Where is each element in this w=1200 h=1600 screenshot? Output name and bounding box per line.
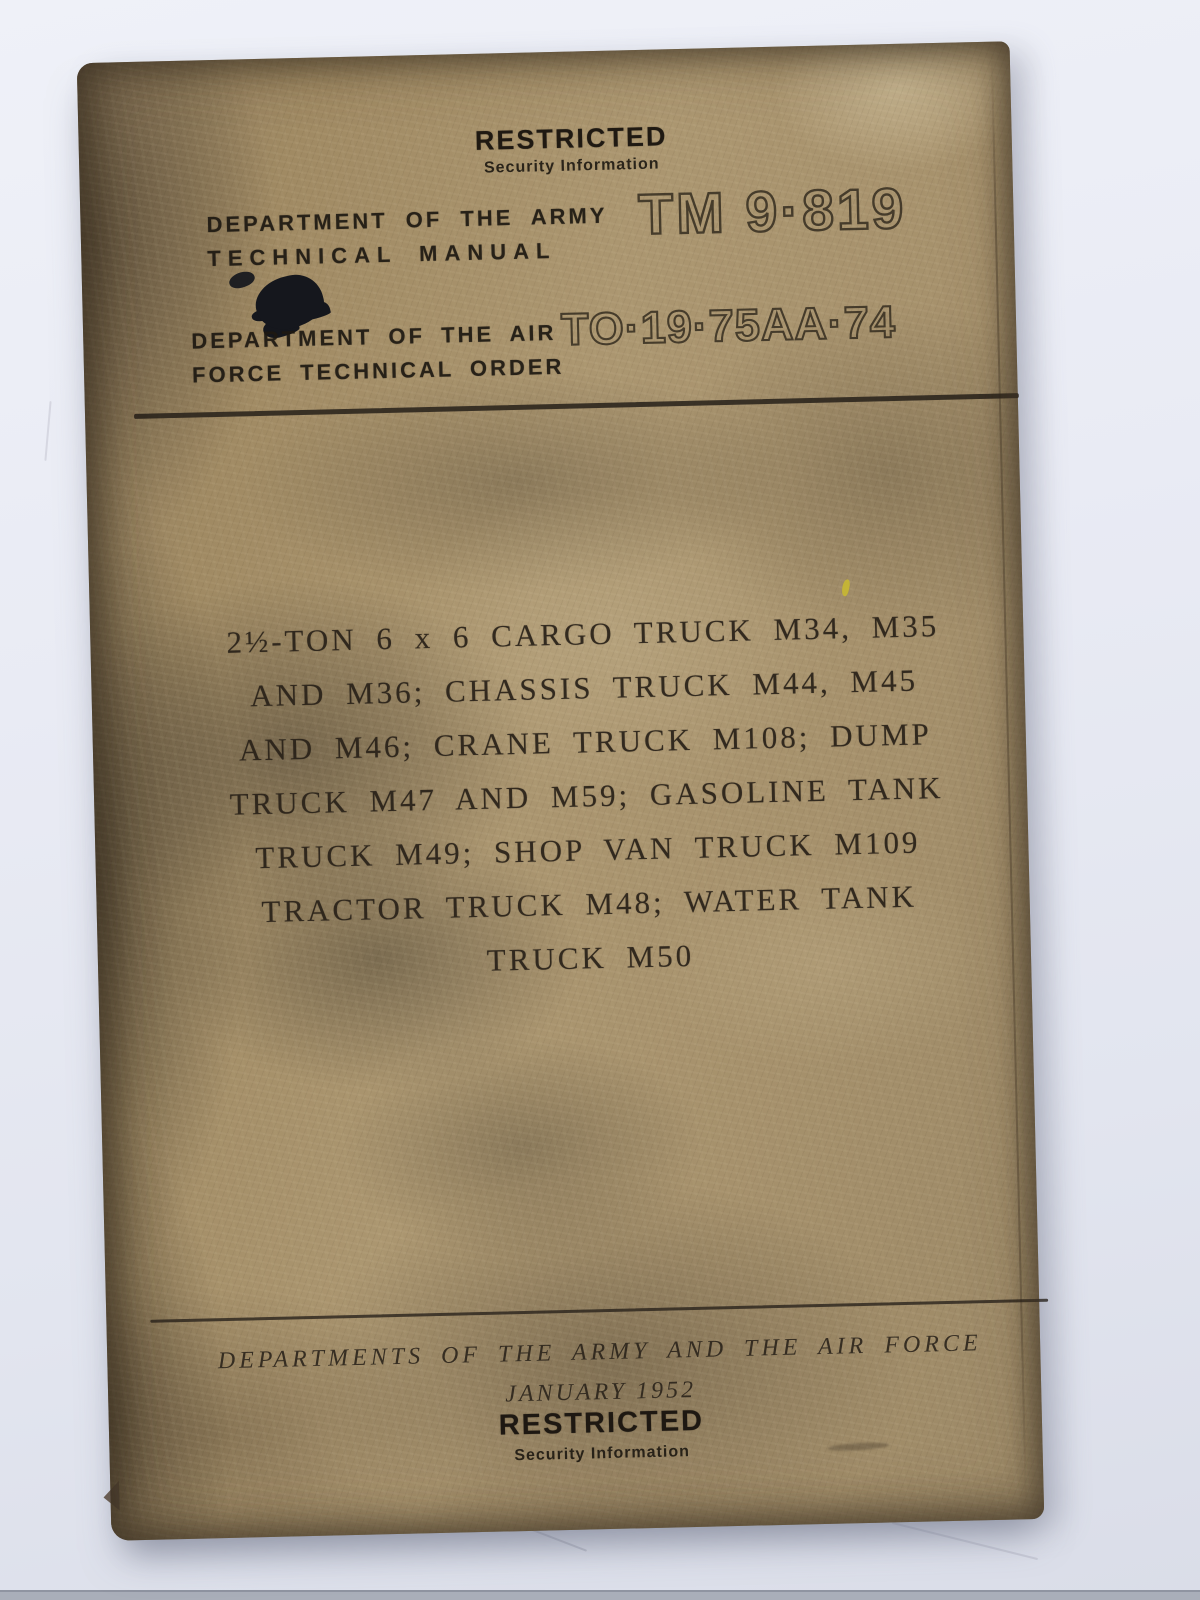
surface-scratch bbox=[44, 401, 51, 461]
army-department-block: DEPARTMENT OF THE ARMY TECHNICAL MANUAL bbox=[206, 199, 608, 276]
header-rule bbox=[134, 393, 1019, 419]
manual-title: 2½-TON 6 x 6 CARGO TRUCK M34, M35 AND M3… bbox=[116, 596, 1058, 996]
footer-rule bbox=[150, 1299, 1048, 1323]
issuing-departments: DEPARTMENTS OF THE ARMY AND THE AIR FORC… bbox=[133, 1328, 1066, 1377]
to-number: TO·19·75AA·74 bbox=[561, 296, 897, 356]
surface-scratch bbox=[892, 1522, 1038, 1560]
table-edge bbox=[0, 1590, 1200, 1600]
edge-tear bbox=[103, 1481, 120, 1511]
air-force-block: DEPARTMENT OF THE AIR FORCE TECHNICAL OR… bbox=[191, 316, 565, 393]
cover-content: RESTRICTED Security Information DEPARTME… bbox=[103, 41, 1071, 1541]
photo-background: RESTRICTED Security Information DEPARTME… bbox=[0, 0, 1200, 1600]
tm-number: TM 9·819 bbox=[638, 176, 907, 248]
manual-cover: RESTRICTED Security Information DEPARTME… bbox=[77, 41, 1045, 1541]
